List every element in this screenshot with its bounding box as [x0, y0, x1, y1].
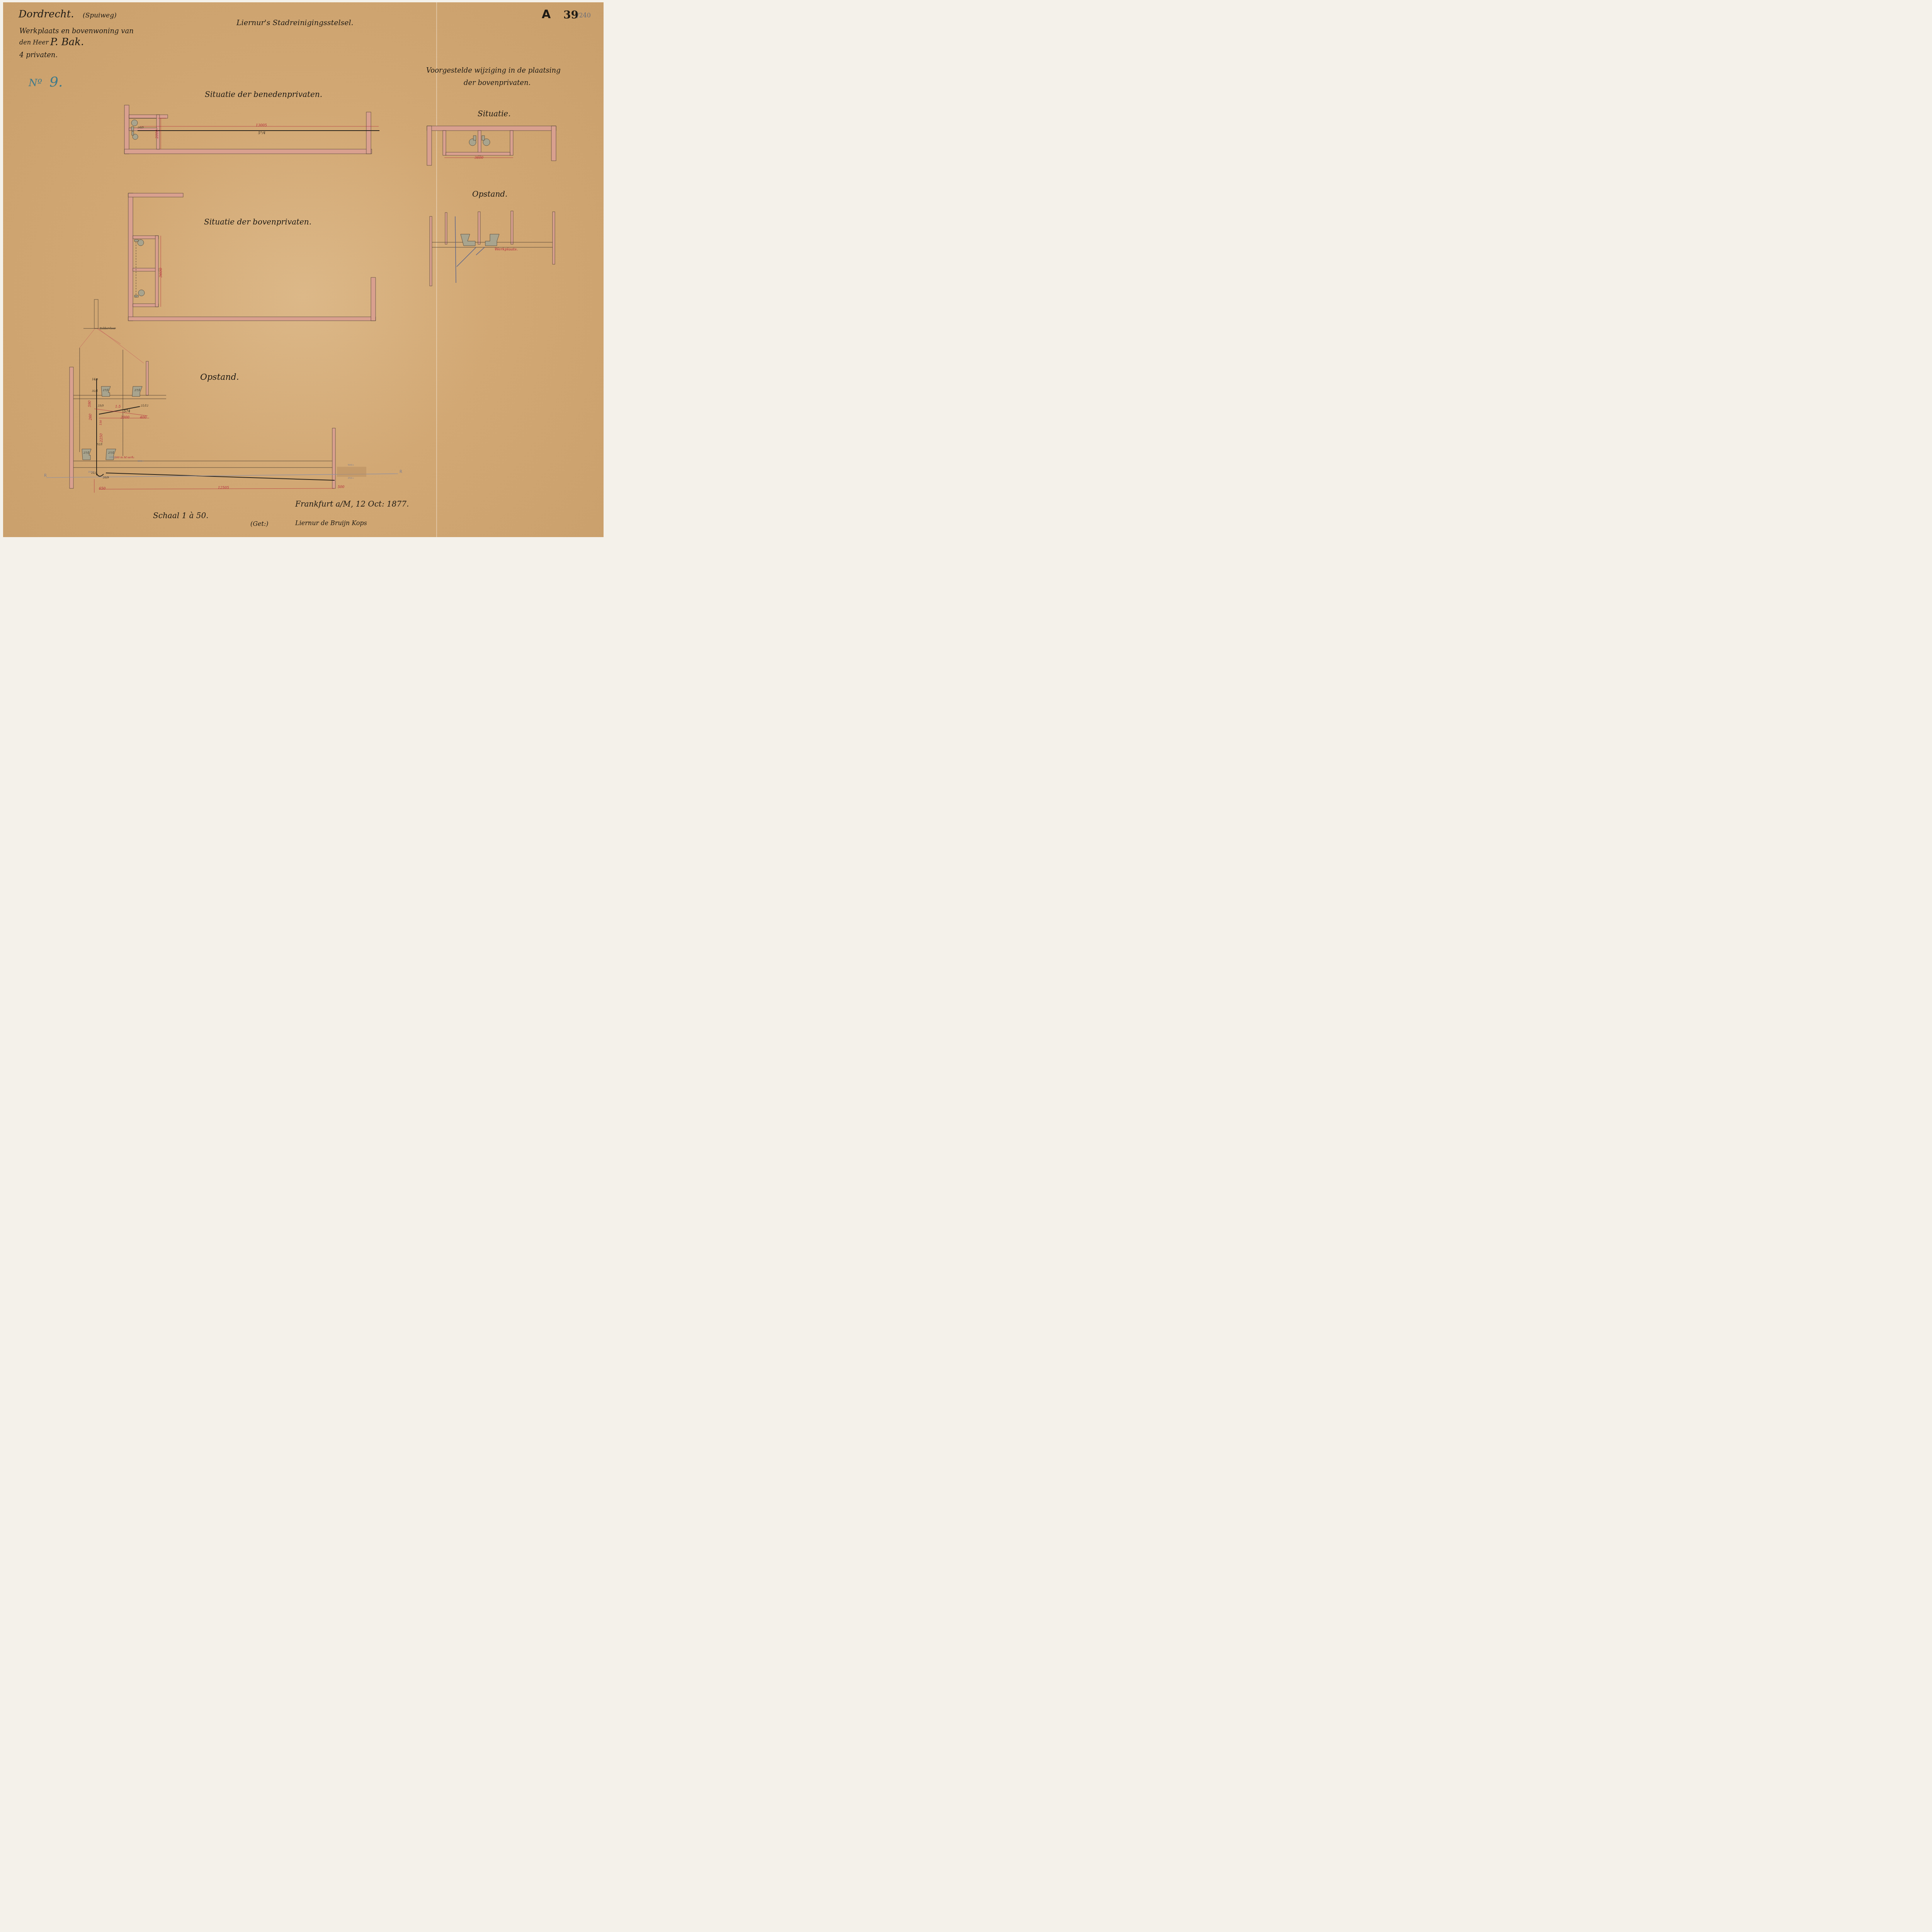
- privies-count: 4 privaten.: [19, 51, 58, 59]
- level-1000: 1000+: [109, 456, 117, 459]
- bowl-lower-2: 27/1: [108, 451, 114, 454]
- attic-floor-label: Zoldervloer: [100, 327, 116, 330]
- bowl-lower-1: 27/1: [83, 451, 90, 454]
- workshop-label: Werkplaats.: [495, 247, 518, 252]
- vent-label: 14/3: [92, 378, 98, 381]
- lower-pipe-label: 20/3: [138, 126, 144, 129]
- dim-400: 400: [140, 416, 146, 420]
- slope-ratio-label: 1:5: [115, 405, 121, 409]
- branch-length-label: 574: [124, 410, 130, 413]
- proposal-plan: [427, 126, 556, 165]
- dim-150: 150: [99, 420, 102, 425]
- building-description: Werkplaats en bovenwoning van: [19, 27, 134, 35]
- proposal-width-dimension: 3600: [474, 156, 483, 160]
- catalog-subnumber: /240: [577, 12, 591, 19]
- dim-650: 650: [99, 487, 105, 491]
- datum-label-right: R: [400, 470, 402, 474]
- level-250: 250÷: [348, 477, 354, 480]
- place-date: Frankfurt a/M, 12 Oct: 1877.: [295, 499, 409, 509]
- plan-lower-privies: [124, 105, 379, 154]
- proposal-elevation: [430, 211, 555, 286]
- system-title: Liernur's Stadreinigingsstelsel.: [236, 19, 354, 27]
- level-500: 500+: [348, 464, 354, 466]
- elevation-heading: Opstand.: [200, 372, 239, 382]
- street-name: (Spuiweg): [83, 12, 117, 19]
- bend-label: 20/9: [103, 476, 109, 479]
- upper-privies-heading: Situatie der bovenprivaten.: [204, 217, 311, 226]
- main-elevation: [46, 299, 398, 493]
- signed-note: (Get:): [250, 520, 269, 527]
- bowl-upper-2: 27/1: [134, 389, 141, 392]
- sheet-number: 9.: [49, 74, 63, 90]
- level-200: 200+: [88, 471, 94, 473]
- proposal-situatie-heading: Situatie.: [478, 109, 511, 118]
- branch-label: 21/12: [141, 404, 148, 407]
- owner-prefix: den Heer: [19, 39, 49, 46]
- bowl-upper-1: 27/1: [103, 389, 109, 392]
- dim-2250: 2250: [100, 434, 104, 442]
- upper-width-dimension: 3600: [159, 268, 163, 277]
- dim-2000: 2000: [121, 416, 129, 420]
- datum-label-left: R: [44, 474, 47, 478]
- plan-upper-privies: [128, 193, 376, 321]
- riser-low-label: 32/1: [97, 443, 103, 446]
- level-note: 200 m M verh:: [114, 456, 134, 459]
- proposal-heading-line2: der bovenprivaten.: [464, 79, 531, 87]
- riser-mid-label: 25/5: [98, 404, 104, 407]
- proposal-opstand-heading: Opstand.: [472, 189, 507, 199]
- lower-length-dimension: 13005: [256, 124, 267, 128]
- scale-label: Schaal 1 à 50.: [153, 511, 209, 520]
- owner-name: P. Bak.: [50, 36, 84, 48]
- lower-slope-label: 5°/4: [258, 131, 265, 135]
- lower-depth-dimension: 2000: [155, 130, 159, 139]
- dim-12505: 12505: [218, 486, 229, 490]
- sheet-number-label: Nº: [29, 77, 42, 89]
- signature: Liernur de Bruijn Kops: [295, 519, 367, 527]
- catalog-number: 39: [563, 9, 578, 21]
- level-800: 800+: [138, 460, 144, 463]
- riser-top-label: 32/1: [92, 389, 98, 393]
- lower-privies-heading: Situatie der benedenprivaten.: [205, 90, 322, 99]
- dim-500: 500: [338, 485, 344, 489]
- city-title: Dordrecht.: [19, 9, 74, 20]
- dim-590: 590: [88, 400, 92, 407]
- dim-260: 260: [89, 413, 93, 420]
- proposal-heading-line1: Voorgestelde wijziging in de plaatsing: [426, 66, 561, 75]
- catalog-letter-stamp: A: [542, 8, 551, 21]
